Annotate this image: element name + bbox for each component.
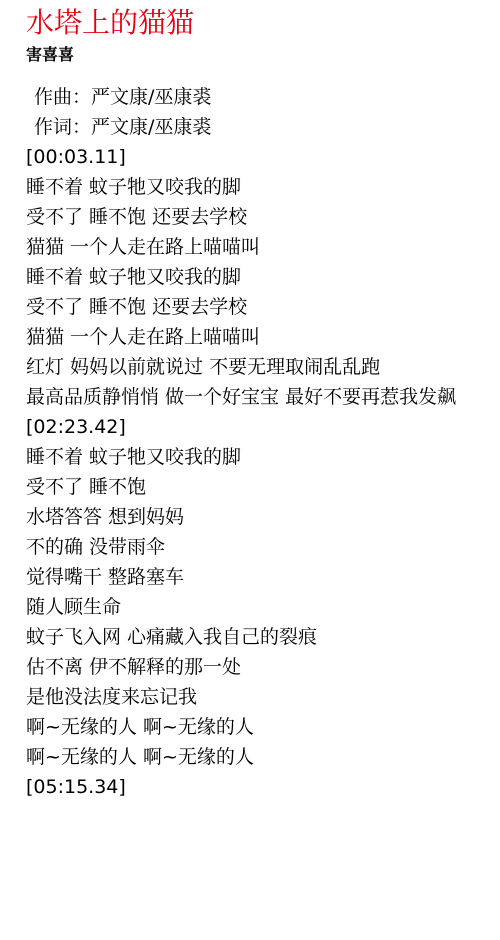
song-title: 水塔上的猫猫 [26,6,490,40]
lyric-line: 睡不着 蚊子牠又咬我的脚 [26,262,490,292]
lyric-line: 睡不着 蚊子牠又咬我的脚 [26,442,490,472]
lyric-line: 随人顾生命 [26,592,490,622]
lyric-line: 蚊子飞入网 心痛藏入我自己的裂痕 [26,622,490,652]
lyric-line: 啊~无缘的人 啊~无缘的人 [26,712,490,742]
artist-name: 害喜喜 [26,44,490,66]
lyric-line: 睡不着 蚊子牠又咬我的脚 [26,172,490,202]
lyricist-line: 作词：严文康/巫康裘 [26,112,490,142]
lyric-line: 最高品质静悄悄 做一个好宝宝 最好不要再惹我发飙 [26,382,490,412]
lyric-line: 啊~无缘的人 啊~无缘的人 [26,742,490,772]
lyric-line: 受不了 睡不饱 还要去学校 [26,292,490,322]
lyric-line: 估不离 伊不解释的那一处 [26,652,490,682]
lyric-line: 水塔答答 想到妈妈 [26,502,490,532]
song-meta: 作曲：严文康/巫康裘 作词：严文康/巫康裘 [26,82,490,142]
lyrics-page: 水塔上的猫猫 害喜喜 作曲：严文康/巫康裘 作词：严文康/巫康裘 [00:03.… [0,0,500,940]
timestamp-line: [02:23.42] [26,412,490,442]
timestamp-line: [05:15.34] [26,772,490,802]
lyric-line: 受不了 睡不饱 [26,472,490,502]
lyrics-list: [00:03.11]睡不着 蚊子牠又咬我的脚受不了 睡不饱 还要去学校猫猫 一个… [26,142,490,802]
lyric-line: 受不了 睡不饱 还要去学校 [26,202,490,232]
lyric-line: 不的确 没带雨伞 [26,532,490,562]
lyric-line: 是他没法度来忘记我 [26,682,490,712]
lyric-line: 红灯 妈妈以前就说过 不要无理取闹乱乱跑 [26,352,490,382]
lyric-line: 猫猫 一个人走在路上喵喵叫 [26,322,490,352]
lyric-line: 猫猫 一个人走在路上喵喵叫 [26,232,490,262]
composer-line: 作曲：严文康/巫康裘 [26,82,490,112]
lyric-line: 觉得嘴干 整路塞车 [26,562,490,592]
timestamp-line: [00:03.11] [26,142,490,172]
